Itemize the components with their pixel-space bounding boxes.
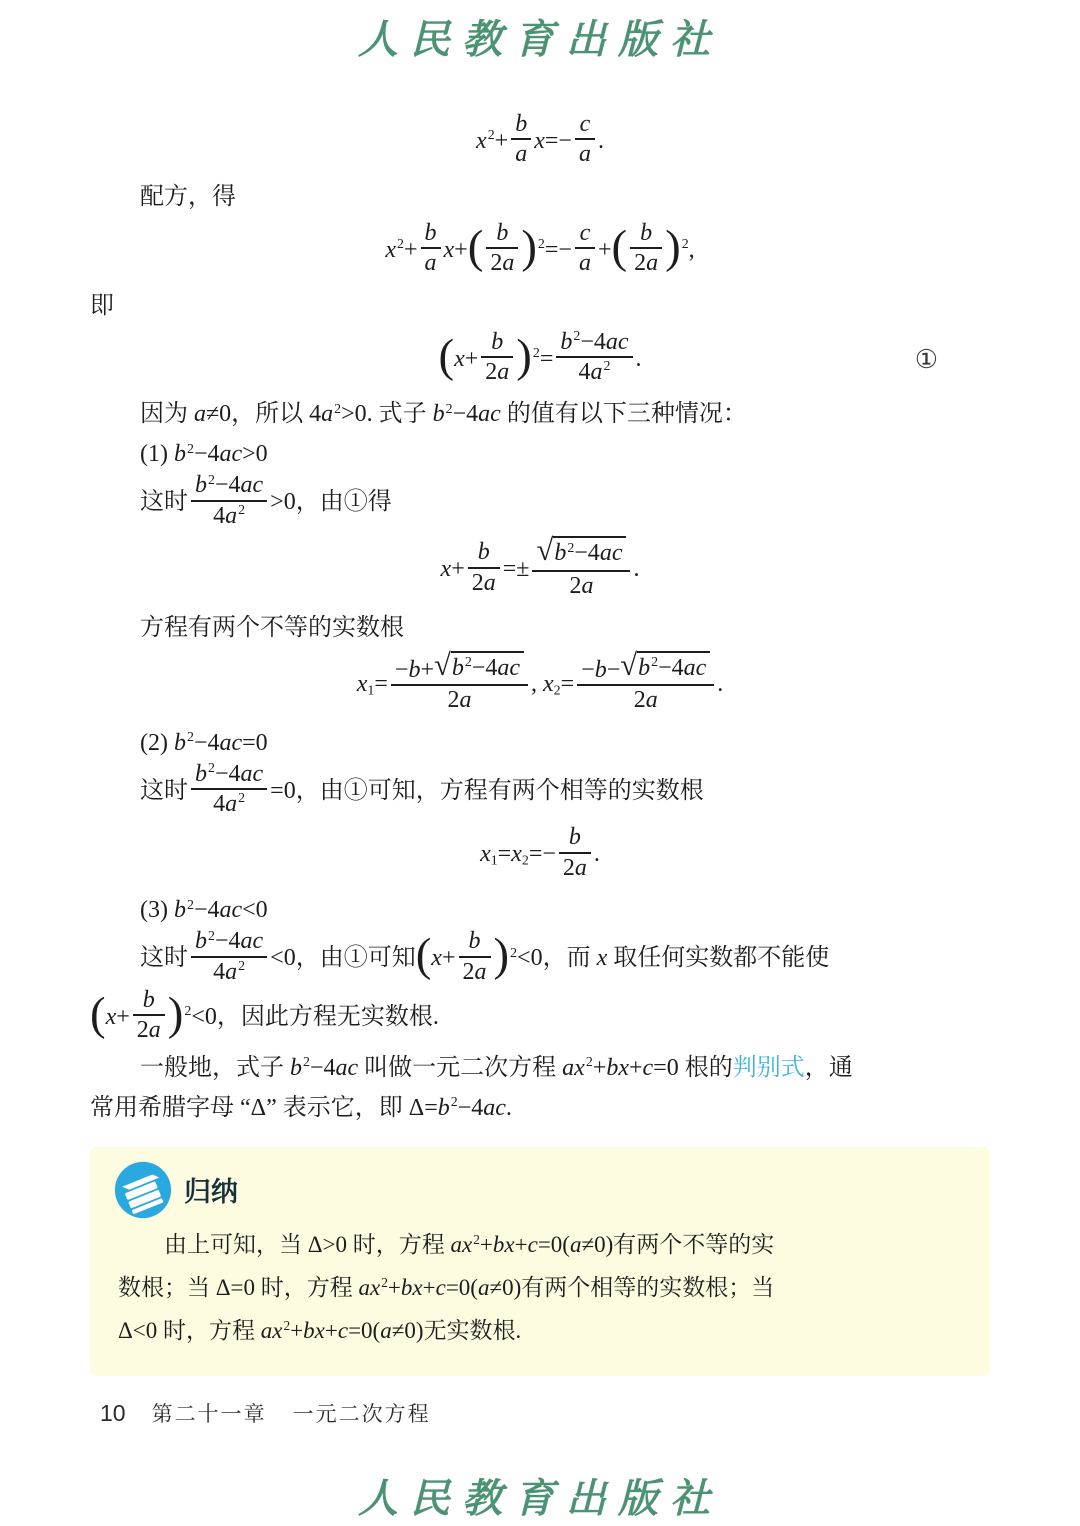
- mo: 2: [573, 329, 580, 344]
- radical: √b2−4ac: [620, 651, 710, 683]
- cn: ，由①可知: [296, 945, 416, 971]
- mo: −4: [194, 897, 220, 923]
- content-line: 因为 a≠0，所以 4a2>0. 式子 b2−4ac 的值有以下三种情况：: [90, 395, 990, 433]
- den: 4a2: [191, 788, 267, 817]
- mo: 4: [213, 791, 225, 817]
- mi: ac: [483, 1095, 506, 1121]
- cn: 时，方程: [157, 1318, 261, 1343]
- fraction: −b−√b2−4ac2a: [577, 651, 714, 714]
- mi: b: [569, 824, 581, 850]
- mi: a: [478, 1275, 490, 1300]
- fraction: ba: [511, 111, 531, 168]
- paren: ): [516, 333, 532, 380]
- mi: a: [502, 250, 514, 276]
- mi: b: [595, 657, 607, 683]
- mi: bx: [493, 1232, 515, 1257]
- mo: −: [607, 657, 621, 683]
- num: b2−4ac: [191, 928, 267, 955]
- sup: 2: [651, 655, 658, 670]
- content-line: 配方，得: [90, 178, 990, 216]
- num: b: [133, 987, 165, 1014]
- mi: x: [511, 841, 522, 867]
- cn: 配方，得: [140, 184, 236, 210]
- sup: 2: [573, 329, 580, 344]
- fraction: −b+√b2−4ac2a: [391, 651, 528, 714]
- sup: 2: [451, 1095, 458, 1110]
- mo: 2: [397, 237, 404, 252]
- sup: 2: [381, 1275, 388, 1290]
- mi: b: [452, 655, 464, 681]
- mo: +: [325, 1318, 338, 1343]
- num: b: [421, 220, 441, 247]
- cn: 这时: [140, 489, 188, 515]
- num: c: [575, 220, 595, 247]
- mo: −4: [574, 540, 600, 566]
- mi: b: [195, 761, 207, 787]
- num: b2−4ac: [191, 472, 267, 499]
- mi: x: [431, 945, 442, 971]
- sup: 2: [397, 237, 404, 252]
- mo: 2: [682, 237, 689, 252]
- mo: =0: [231, 1275, 255, 1300]
- mo: −4: [194, 441, 220, 467]
- cn: ，而: [543, 945, 597, 971]
- paren: (: [416, 932, 432, 979]
- radb: b2−4ac: [451, 651, 524, 681]
- sup: 2: [238, 791, 245, 806]
- num: b2−4ac: [556, 329, 632, 356]
- publisher-watermark-bottom: 人民教育出版社: [0, 1467, 1080, 1524]
- num: −b+√b2−4ac: [391, 651, 528, 684]
- mo: 2: [603, 359, 610, 374]
- mo: 2: [446, 402, 453, 417]
- mo: 2: [447, 687, 459, 713]
- mo: ≠0: [206, 401, 231, 427]
- mo: +: [454, 237, 468, 263]
- sup: 2: [187, 730, 194, 745]
- term-highlight: 判别式: [733, 1055, 805, 1081]
- paren: (: [90, 991, 106, 1038]
- mo: −: [558, 128, 572, 154]
- radb: b2−4ac: [637, 651, 710, 681]
- den: 2a: [391, 684, 528, 713]
- mo: >0: [323, 1232, 347, 1257]
- mo: ≠0): [392, 1318, 424, 1343]
- sup: 2: [303, 1055, 310, 1070]
- cn: 时，方程: [255, 1275, 359, 1300]
- content-line: 这时b2−4ac4a2>0，由①得: [90, 475, 990, 532]
- mi: a: [484, 570, 496, 596]
- mo: −: [542, 841, 556, 867]
- mo: 4: [309, 401, 321, 427]
- fraction: b2a: [630, 220, 662, 277]
- textbook-page: 人民教育出版社 x2+bax=−ca.配方，得x2+bax+(b2a)2=−ca…: [0, 0, 1080, 1526]
- mo: >0: [242, 441, 268, 467]
- mo: .: [598, 128, 604, 154]
- display-formula: x2+bax=−ca.: [90, 114, 990, 171]
- mi: a: [590, 359, 602, 385]
- mo: <0: [191, 1004, 217, 1030]
- cn: 的值有以下三种情况：: [501, 401, 747, 427]
- mi: b: [638, 655, 650, 681]
- mo: +: [629, 1055, 643, 1081]
- mi: x: [476, 128, 487, 154]
- cn: 取任何实数都不能使: [607, 945, 829, 971]
- fraction: ca: [575, 111, 595, 168]
- mi: a: [380, 1318, 392, 1343]
- content-line: 一般地，式子 b2−4ac 叫做一元二次方程 ax2+bx+c=0 根的判别式，…: [90, 1049, 990, 1087]
- sup: 2: [586, 1055, 593, 1070]
- den: 2a: [486, 247, 518, 276]
- mi: c: [580, 111, 591, 137]
- mi: b: [174, 730, 186, 756]
- fraction: ba: [421, 220, 441, 277]
- num: b: [481, 329, 513, 356]
- fraction: b2a: [559, 824, 591, 881]
- sup: 2: [533, 346, 540, 361]
- mi: a: [581, 573, 593, 599]
- mo: −4: [215, 928, 241, 954]
- mo: 2: [208, 473, 215, 488]
- den: 2a: [630, 247, 662, 276]
- sup: 2: [538, 237, 545, 252]
- mi: b: [469, 928, 481, 954]
- den: a: [575, 138, 595, 167]
- den: a: [511, 138, 531, 167]
- num: c: [575, 111, 595, 138]
- mo: 2: [208, 929, 215, 944]
- radical-sign: √: [536, 534, 553, 566]
- mi: x: [454, 345, 465, 371]
- mo: =0: [270, 778, 296, 804]
- mi: ac: [600, 540, 623, 566]
- content-line: 这时b2−4ac4a2=0，由①可知，方程有两个相等的实数根: [90, 764, 990, 821]
- mi: a: [149, 1017, 161, 1043]
- mi: ac: [241, 472, 264, 498]
- display-formula: x1=−b+√b2−4ac2a, x2=−b−√b2−4ac2a.: [90, 654, 990, 717]
- sup: 2: [682, 237, 689, 252]
- content-line: (3) b2−4ac<0: [90, 891, 990, 929]
- cn: 方程有两个不等的实数根: [140, 615, 404, 641]
- mi: ax: [261, 1318, 283, 1343]
- den: 4a2: [191, 956, 267, 985]
- mo: 2: [563, 855, 575, 881]
- den: 2a: [468, 567, 500, 596]
- mo: +: [598, 237, 612, 263]
- mo: =0(: [446, 1275, 478, 1300]
- mo: =: [545, 237, 559, 263]
- mi: x: [106, 1004, 117, 1030]
- mo: 2: [586, 1055, 593, 1070]
- mi: b: [640, 220, 652, 246]
- mi: c: [580, 220, 591, 246]
- mi: ac: [219, 897, 242, 923]
- sup: 2: [238, 503, 245, 518]
- sup: 2: [510, 946, 517, 961]
- mo: 2: [554, 683, 561, 698]
- mi: b: [408, 657, 420, 683]
- mi: a: [225, 791, 237, 817]
- mo: −4: [453, 401, 479, 427]
- cn: 根的: [679, 1055, 733, 1081]
- mi: b: [174, 441, 186, 467]
- cn: ，所以: [231, 401, 309, 427]
- mo: 2: [187, 898, 194, 913]
- fraction: b2a: [486, 220, 518, 277]
- mo: +: [465, 345, 479, 371]
- cn: 即: [90, 293, 114, 319]
- sup: 2: [208, 473, 215, 488]
- display-formula: x2+bax+(b2a)2=−ca+(b2a)2,: [90, 223, 990, 280]
- sup: 2: [208, 929, 215, 944]
- mo: =: [498, 841, 512, 867]
- sup: 2: [465, 655, 472, 670]
- num: b: [459, 928, 491, 955]
- sup: 2: [446, 402, 453, 417]
- mi: x: [597, 945, 608, 971]
- mo: ,: [531, 671, 543, 697]
- mo: =0: [653, 1055, 679, 1081]
- mo: +: [404, 237, 418, 263]
- mi: c: [338, 1318, 348, 1343]
- mo: −: [581, 657, 595, 683]
- paren: (: [612, 224, 628, 271]
- paren: (: [468, 224, 484, 271]
- mo: ≠0): [489, 1275, 521, 1300]
- mi: ac: [497, 655, 520, 681]
- mo: <0: [242, 897, 268, 923]
- content-line: 方程有两个不等的实数根: [90, 609, 990, 647]
- mo: 2: [510, 946, 517, 961]
- den: 2a: [133, 1014, 165, 1043]
- mo: −4: [194, 730, 220, 756]
- sup: 2: [473, 1232, 480, 1247]
- den: a: [575, 247, 595, 276]
- mi: ax: [562, 1055, 585, 1081]
- mi: a: [570, 1232, 582, 1257]
- mo: 2: [238, 959, 245, 974]
- content-line: (2) b2−4ac=0: [90, 724, 990, 762]
- radical-sign: √: [434, 649, 451, 681]
- cn: 式子: [373, 401, 433, 427]
- mo: −4: [458, 1095, 484, 1121]
- mi: a: [579, 141, 591, 167]
- summary-box-title: 归纳: [184, 1170, 238, 1209]
- display-formula: (x+b2a)2=b2−4ac4a2.①: [90, 332, 990, 389]
- mo: +: [290, 1318, 303, 1343]
- mi: b: [496, 220, 508, 246]
- mi: b: [491, 329, 503, 355]
- cn: 常用希腊字母 “Δ” 表示它，即: [90, 1095, 409, 1121]
- mo: +: [515, 1232, 528, 1257]
- mi: ac: [241, 761, 264, 787]
- mo: .: [633, 556, 639, 582]
- cn: 这时: [140, 945, 188, 971]
- mo: .: [594, 841, 600, 867]
- mo: .: [717, 671, 723, 697]
- mo: +: [423, 1275, 436, 1300]
- mi: b: [425, 220, 437, 246]
- mi: c: [436, 1275, 446, 1300]
- page-footer: 10 第二十一章 一元二次方程: [100, 1398, 431, 1428]
- sup: 2: [187, 898, 194, 913]
- mo: <0: [133, 1318, 157, 1343]
- mi: a: [225, 959, 237, 985]
- mi: a: [475, 959, 487, 985]
- sub: 1: [491, 854, 498, 869]
- mo: 2: [490, 250, 502, 276]
- fraction: b2−4ac4a2: [556, 329, 632, 386]
- content-line: 这时b2−4ac4a2<0，由①可知(x+b2a)2<0，而 x 取任何实数都不…: [90, 931, 990, 988]
- mo: +: [480, 1232, 493, 1257]
- mo: +: [116, 1004, 130, 1030]
- mi: b: [433, 401, 445, 427]
- mo: =0: [242, 730, 268, 756]
- mo: 2: [187, 442, 194, 457]
- fraction: b2−4ac4a2: [191, 472, 267, 529]
- mi: bx: [303, 1318, 325, 1343]
- num: b: [559, 824, 591, 851]
- mo: Δ: [308, 1232, 323, 1257]
- cn: ，由①得: [296, 489, 392, 515]
- cn: 无实数根.: [424, 1318, 522, 1343]
- mo: ±: [516, 556, 529, 582]
- mi: a: [194, 401, 206, 427]
- equation-number: ①: [915, 341, 938, 379]
- mo: 2: [538, 237, 545, 252]
- mo: 1: [491, 854, 498, 869]
- cn: 这时: [140, 778, 188, 804]
- fraction: √b2−4ac2a: [532, 536, 630, 599]
- mo: =: [503, 556, 517, 582]
- mi: ac: [241, 928, 264, 954]
- cn: 因为: [140, 401, 194, 427]
- mo: 2: [522, 854, 529, 869]
- mi: b: [438, 1095, 450, 1121]
- mi: x: [543, 671, 554, 697]
- mi: b: [174, 897, 186, 923]
- mi: a: [459, 687, 471, 713]
- cn: 时，方程: [347, 1232, 451, 1257]
- mi: ax: [451, 1232, 473, 1257]
- mo: −4: [310, 1055, 336, 1081]
- den: 2a: [532, 570, 630, 599]
- fraction: b2a: [481, 329, 513, 386]
- fraction: b2−4ac4a2: [191, 761, 267, 818]
- section-title: 一元二次方程: [293, 1398, 431, 1428]
- mi: b: [478, 539, 490, 565]
- cn: 有两个相等的实数根；当: [521, 1275, 774, 1300]
- mi: c: [528, 1232, 538, 1257]
- mi: a: [321, 401, 333, 427]
- fraction: b2−4ac4a2: [191, 928, 267, 985]
- mo: 2: [137, 1017, 149, 1043]
- mo: 2: [533, 346, 540, 361]
- mo: −: [395, 657, 409, 683]
- mi: x: [385, 237, 396, 263]
- mo: .: [636, 345, 642, 371]
- den: a: [421, 247, 441, 276]
- mo: 2: [238, 503, 245, 518]
- summary-box-text: 由上可知，当 Δ>0 时，方程 ax2+bx+c=0(a≠0)有两个不等的实数根…: [118, 1223, 962, 1352]
- den: 2a: [577, 684, 714, 713]
- mo: −4: [580, 329, 606, 355]
- cn: 数根；当: [118, 1275, 216, 1300]
- mo: 2: [238, 791, 245, 806]
- display-formula: x1=x2=−b2a.: [90, 827, 990, 884]
- sub: 2: [522, 854, 529, 869]
- num: b2−4ac: [191, 761, 267, 788]
- mi: b: [143, 987, 155, 1013]
- mo: 4: [213, 503, 225, 529]
- paren: (: [438, 333, 454, 380]
- mi: b: [195, 472, 207, 498]
- mo: −4: [472, 655, 498, 681]
- radical-sign: √: [620, 649, 637, 681]
- mi: bx: [606, 1055, 629, 1081]
- radb: b2−4ac: [553, 536, 626, 566]
- mo: 2: [381, 1275, 388, 1290]
- mo: 2: [208, 761, 215, 776]
- mi: ac: [606, 329, 629, 355]
- den: 2a: [481, 356, 513, 385]
- mo: 2: [465, 655, 472, 670]
- page-number: 10: [100, 1400, 126, 1427]
- content-line: 即: [90, 287, 990, 325]
- sup: 2: [567, 541, 574, 556]
- mo: (1): [140, 441, 174, 467]
- chapter-label: 第二十一章: [152, 1398, 267, 1428]
- mo: +: [388, 1275, 401, 1300]
- mi: x: [441, 556, 452, 582]
- mo: =: [545, 128, 559, 154]
- sup: 2: [208, 761, 215, 776]
- num: b: [486, 220, 518, 247]
- mo: 2: [634, 687, 646, 713]
- mi: a: [646, 250, 658, 276]
- sup: 2: [238, 959, 245, 974]
- radical: √b2−4ac: [536, 536, 626, 568]
- mo: <0: [270, 945, 296, 971]
- fraction: ca: [575, 220, 595, 277]
- mo: 2: [187, 730, 194, 745]
- fraction: b2a: [133, 987, 165, 1044]
- mi: a: [575, 855, 587, 881]
- mi: a: [425, 250, 437, 276]
- mo: =: [529, 841, 543, 867]
- num: b: [511, 111, 531, 138]
- mo: >0.: [341, 401, 373, 427]
- mo: (2): [140, 730, 174, 756]
- radical: √b2−4ac: [434, 651, 524, 683]
- mi: a: [579, 250, 591, 276]
- mo: (3): [140, 897, 174, 923]
- content-line: 常用希腊字母 “Δ” 表示它，即 Δ=b2−4ac.: [90, 1089, 990, 1127]
- mi: ac: [336, 1055, 359, 1081]
- mo: ≠0): [581, 1232, 613, 1257]
- mo: =: [424, 1095, 438, 1121]
- cn: ，由①可知，方程有两个相等的实数根: [296, 778, 704, 804]
- content-line: (1) b2−4ac>0: [90, 435, 990, 473]
- mo: 2: [488, 128, 495, 143]
- mo: +: [495, 128, 509, 154]
- mo: =: [540, 345, 554, 371]
- mi: x: [357, 671, 368, 697]
- mo: Δ: [409, 1095, 424, 1121]
- content-line: (x+b2a)2<0，因此方程无实数根.: [90, 990, 990, 1047]
- sup: 2: [187, 442, 194, 457]
- mo: Δ: [216, 1275, 231, 1300]
